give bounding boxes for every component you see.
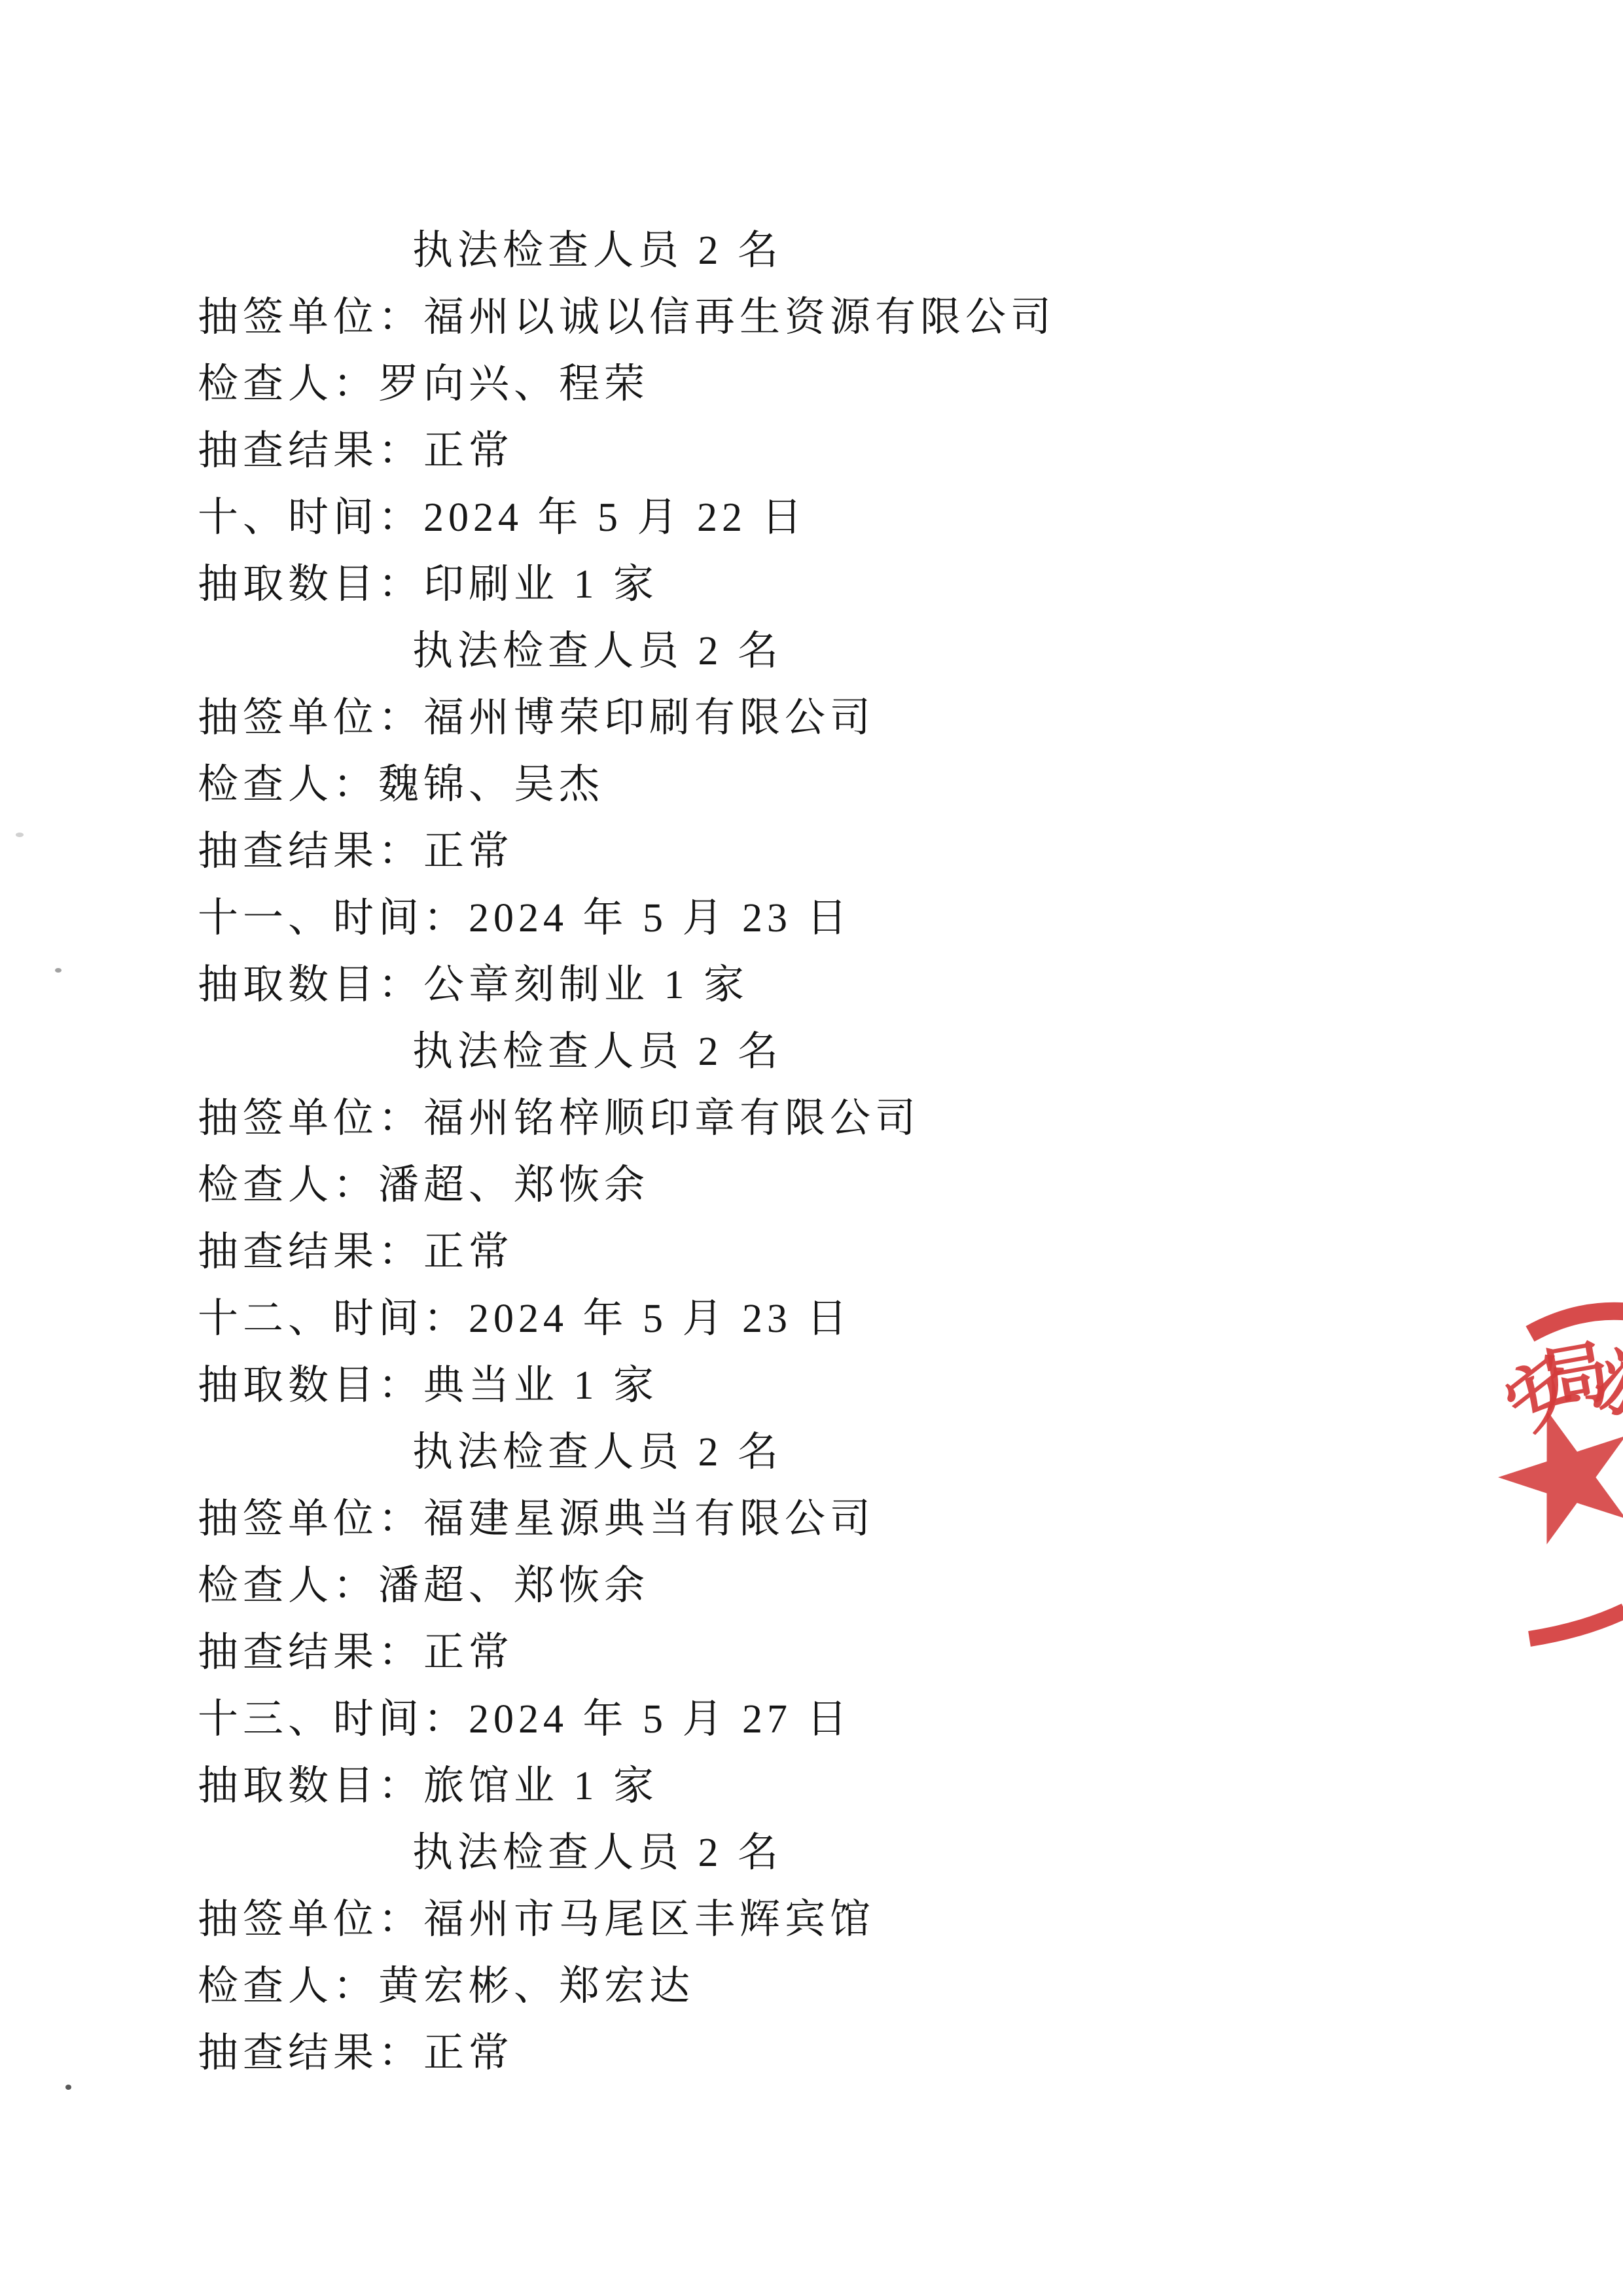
text-line: 抽查结果：正常	[0, 2020, 1623, 2087]
text-line: 执法检查人员 2 名	[0, 217, 1623, 284]
document-body: 执法检查人员 2 名 抽签单位：福州以诚以信再生资源有限公司 检查人：罗向兴、程…	[0, 217, 1623, 2087]
text-line: 十三、时间：2024 年 5 月 27 日	[0, 1686, 1623, 1753]
scan-speck	[55, 968, 62, 973]
text-line: 执法检查人员 2 名	[0, 618, 1623, 685]
text-line: 检查人：潘超、郑恢余	[0, 1152, 1623, 1219]
page-background: 执法检查人员 2 名 抽签单位：福州以诚以信再生资源有限公司 检查人：罗向兴、程…	[0, 0, 1623, 2296]
text-line: 抽签单位：福州铭梓顺印章有限公司	[0, 1085, 1623, 1152]
scan-speck	[16, 833, 24, 837]
text-line: 抽签单位：福州市马尾区丰辉宾馆	[0, 1886, 1623, 1953]
text-line: 抽查结果：正常	[0, 418, 1623, 484]
text-line: 执法检查人员 2 名	[0, 1018, 1623, 1085]
text-line: 抽查结果：正常	[0, 1219, 1623, 1285]
text-line: 抽查结果：正常	[0, 1619, 1623, 1686]
text-line: 抽签单位：福州博荣印刷有限公司	[0, 685, 1623, 751]
text-line: 抽签单位：福州以诚以信再生资源有限公司	[0, 284, 1623, 351]
text-line: 抽查结果：正常	[0, 818, 1623, 885]
seal-top-arc	[1530, 1311, 1623, 1334]
seal-bottom-arc	[1529, 1611, 1623, 1639]
scanned-document-page: { "document": { "lines": [ "执法检查人员 2 名",…	[0, 0, 1623, 2296]
scan-speck	[65, 2085, 71, 2090]
text-line: 抽取数目：公章刻制业 1 家	[0, 952, 1623, 1018]
official-seal: 安 局 游 ★	[1492, 1282, 1623, 1661]
text-line: 十一、时间：2024 年 5 月 23 日	[0, 885, 1623, 952]
text-line: 抽取数目：印刷业 1 家	[0, 551, 1623, 618]
text-line: 检查人：潘超、郑恢余	[0, 1552, 1623, 1619]
text-line: 抽取数目：旅馆业 1 家	[0, 1753, 1623, 1820]
text-line: 检查人：魏锦、吴杰	[0, 751, 1623, 818]
text-line: 检查人：罗向兴、程荣	[0, 351, 1623, 418]
red-star-icon: ★	[1475, 1372, 1623, 1579]
text-line: 十二、时间：2024 年 5 月 23 日	[0, 1285, 1623, 1352]
text-line: 抽签单位：福建星源典当有限公司	[0, 1486, 1623, 1552]
text-line: 执法检查人员 2 名	[0, 1820, 1623, 1886]
text-line: 十、时间：2024 年 5 月 22 日	[0, 484, 1623, 551]
text-line: 执法检查人员 2 名	[0, 1419, 1623, 1486]
text-line: 抽取数目：典当业 1 家	[0, 1352, 1623, 1419]
text-line: 检查人：黄宏彬、郑宏达	[0, 1953, 1623, 2020]
